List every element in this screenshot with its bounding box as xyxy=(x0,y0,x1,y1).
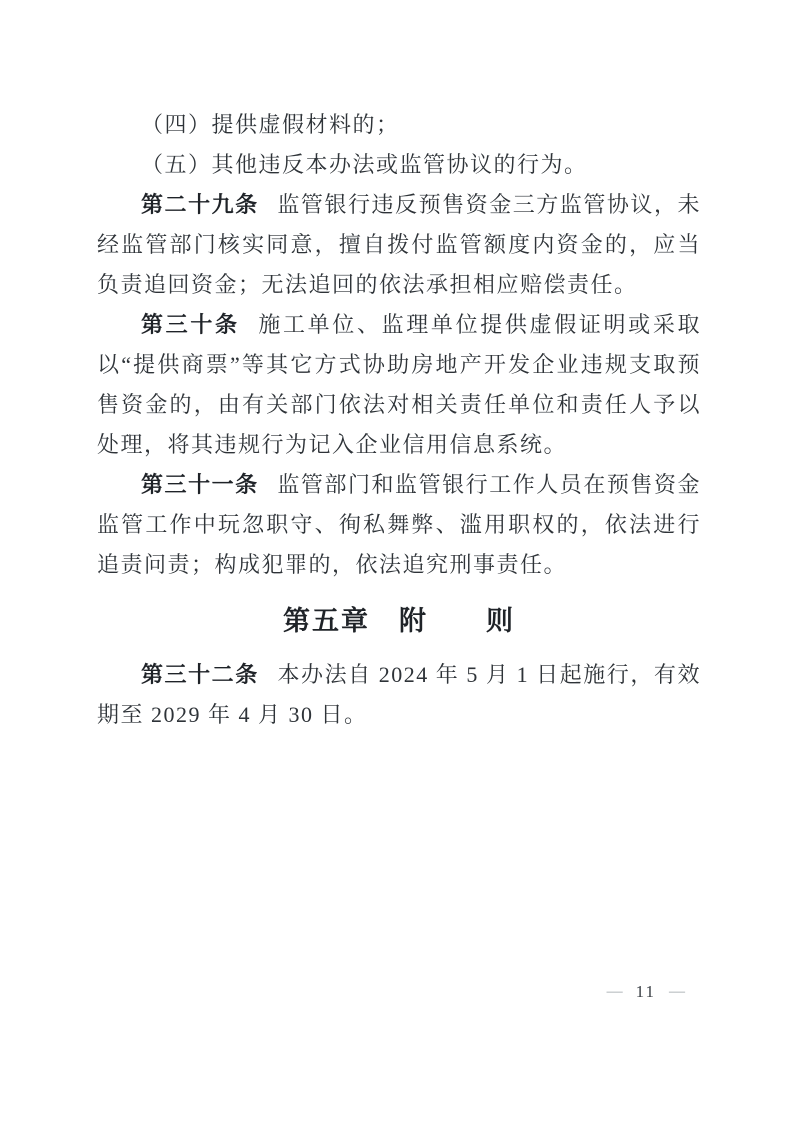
article-29: 第二十九条监管银行违反预售资金三方监管协议，未经监管部门核实同意，擅自拨付监管额… xyxy=(97,185,701,305)
chapter-heading: 第五章 附 则 xyxy=(97,601,701,641)
article-30-number: 第三十条 xyxy=(141,312,240,337)
page-footer: — 11 — xyxy=(607,982,685,1002)
article-32: 第三十二条本办法自 2024 年 5 月 1 日起施行，有效期至 2029 年 … xyxy=(97,655,701,735)
document-body: （四）提供虚假材料的； （五）其他违反本办法或监管协议的行为。 第二十九条监管银… xyxy=(97,105,701,735)
page-number-dash-left: — xyxy=(607,982,623,1002)
article-29-number: 第二十九条 xyxy=(141,192,259,217)
page-number: 11 xyxy=(636,982,656,1002)
article-31: 第三十一条监管部门和监管银行工作人员在预售资金监管工作中玩忽职守、徇私舞弊、滥用… xyxy=(97,465,701,585)
clause-item-five: （五）其他违反本办法或监管协议的行为。 xyxy=(97,145,701,185)
article-30: 第三十条施工单位、监理单位提供虚假证明或采取以“提供商票”等其它方式协助房地产开… xyxy=(97,305,701,465)
article-32-number: 第三十二条 xyxy=(141,662,259,687)
clause-item-four: （四）提供虚假材料的； xyxy=(97,105,701,145)
page-number-dash-right: — xyxy=(669,982,685,1002)
article-31-number: 第三十一条 xyxy=(141,472,259,497)
document-page: （四）提供虚假材料的； （五）其他违反本办法或监管协议的行为。 第二十九条监管银… xyxy=(0,0,794,1123)
